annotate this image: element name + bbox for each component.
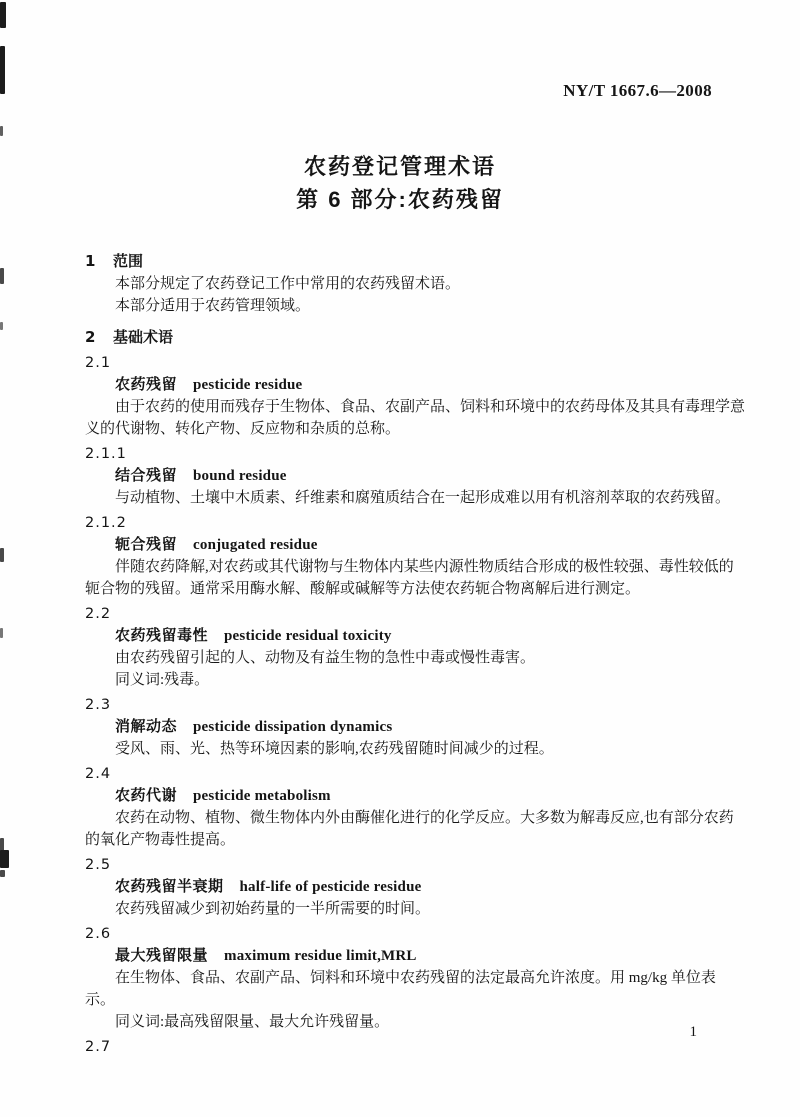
scan-artifact [0, 2, 6, 28]
definition-2-2: 由农药残留引起的人、动物及有益生物的急性中毒或慢性毒害。 [85, 647, 745, 669]
definition-2-1-2: 伴随农药降解,对农药或其代谢物与生物体内某些内源性物质结合形成的极性较强、毒性较… [85, 556, 745, 600]
clause-number-2-4: 2.4 [85, 763, 745, 785]
clause-number-2-1: 2.1 [85, 352, 745, 374]
scan-artifact [0, 46, 5, 94]
term-2-2: 农药残留毒性pesticide residual toxicity [85, 625, 745, 647]
scan-artifact [0, 268, 4, 284]
page-number: 1 [690, 1024, 698, 1041]
clause-number-2-2: 2.2 [85, 603, 745, 625]
term-2-1: 农药残留pesticide residue [85, 374, 745, 396]
term-2-6: 最大残留限量maximum residue limit,MRL [85, 945, 745, 967]
section-heading-1: 1范围 [85, 250, 745, 273]
definition-2-3: 受风、雨、光、热等环境因素的影响,农药残留随时间减少的过程。 [85, 738, 745, 760]
definition-2-6: 在生物体、食品、农副产品、饲料和环境中农药残留的法定最高允许浓度。用 mg/kg… [85, 967, 745, 1011]
clause-number-2-5: 2.5 [85, 854, 745, 876]
document-content: 1范围 本部分规定了农药登记工作中常用的农药残留术语。 本部分适用于农药管理领域… [85, 250, 745, 1058]
clause-number-2-1-2: 2.1.2 [85, 512, 745, 534]
term-2-5: 农药残留半衰期half-life of pesticide residue [85, 876, 745, 898]
term-2-4: 农药代谢pesticide metabolism [85, 785, 745, 807]
definition-2-1: 由于农药的使用而残存于生物体、食品、农副产品、饲料和环境中的农药母体及其具有毒理… [85, 396, 745, 440]
term-zh-2-6: 最大残留限量 [115, 947, 208, 964]
title-line-1: 农药登记管理术语 [0, 150, 800, 183]
clause-number-2-1-1: 2.1.1 [85, 443, 745, 465]
term-en-2-1: pesticide residue [193, 377, 302, 393]
term-en-2-4: pesticide metabolism [193, 788, 331, 804]
scan-artifact [0, 126, 3, 136]
paragraph-scope-1: 本部分规定了农药登记工作中常用的农药残留术语。 [85, 273, 745, 295]
term-zh-2-1-1: 结合残留 [115, 467, 177, 484]
scan-artifact [0, 870, 5, 877]
term-zh-2-5: 农药残留半衰期 [115, 878, 224, 895]
term-zh-2-1: 农药残留 [115, 376, 177, 393]
section-number-1: 1 [85, 250, 113, 272]
section-title-2: 基础术语 [113, 329, 173, 346]
definition-2-1-1: 与动植物、土壤中木质素、纤维素和腐殖质结合在一起形成难以用有机溶剂萃取的农药残留… [85, 487, 745, 509]
scan-artifact [0, 548, 4, 562]
term-2-1-2: 轭合残留conjugated residue [85, 534, 745, 556]
clause-number-2-7: 2.7 [85, 1036, 745, 1058]
term-en-2-5: half-life of pesticide residue [240, 879, 422, 895]
scan-artifact [0, 628, 3, 638]
scan-artifact [0, 322, 3, 330]
definition-2-4: 农药在动物、植物、微生物体内外由酶催化进行的化学反应。大多数为解毒反应,也有部分… [85, 807, 745, 851]
definition-2-5: 农药残留减少到初始药量的一半所需要的时间。 [85, 898, 745, 920]
term-en-2-1-2: conjugated residue [193, 537, 318, 553]
term-zh-2-1-2: 轭合残留 [115, 536, 177, 553]
standard-doc-number: NY/T 1667.6—2008 [563, 81, 712, 101]
term-2-1-1: 结合残留bound residue [85, 465, 745, 487]
term-en-2-2: pesticide residual toxicity [224, 628, 392, 644]
paragraph-scope-2: 本部分适用于农药管理领域。 [85, 295, 745, 317]
title-line-2: 第 6 部分:农药残留 [0, 183, 800, 216]
document-title: 农药登记管理术语 第 6 部分:农药残留 [0, 150, 800, 216]
synonym-2-2: 同义词:残毒。 [85, 669, 745, 691]
term-en-2-6: maximum residue limit,MRL [224, 948, 417, 964]
section-heading-2: 2基础术语 [85, 326, 745, 349]
term-zh-2-2: 农药残留毒性 [115, 627, 208, 644]
section-number-2: 2 [85, 326, 113, 348]
document-page: NY/T 1667.6—2008 农药登记管理术语 第 6 部分:农药残留 1范… [0, 0, 800, 1117]
term-en-2-3: pesticide dissipation dynamics [193, 719, 392, 735]
scan-artifact [0, 850, 9, 868]
term-2-3: 消解动态pesticide dissipation dynamics [85, 716, 745, 738]
term-en-2-1-1: bound residue [193, 468, 287, 484]
section-title-1: 范围 [113, 253, 143, 270]
clause-number-2-3: 2.3 [85, 694, 745, 716]
term-zh-2-4: 农药代谢 [115, 787, 177, 804]
clause-number-2-6: 2.6 [85, 923, 745, 945]
term-zh-2-3: 消解动态 [115, 718, 177, 735]
synonym-2-6: 同义词:最高残留限量、最大允许残留量。 [85, 1011, 745, 1033]
